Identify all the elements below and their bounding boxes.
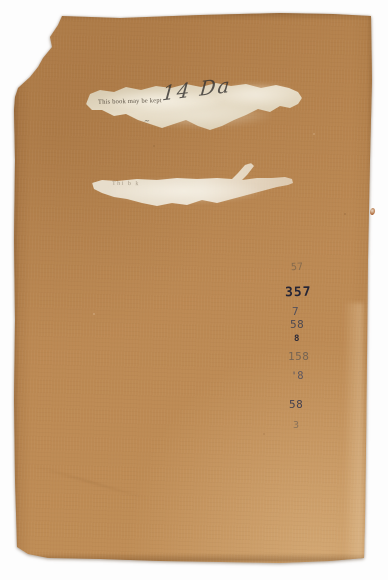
paper-flecks (13, 13, 15, 15)
date-stamp: 58 (289, 398, 303, 411)
date-stamp: 58 (290, 318, 304, 331)
book-page: This book may be kept 14 Da ~ Thi b k 57… (13, 13, 372, 564)
date-stamp-column: 57 357 7 58 8 158 '8 58 3 (13, 13, 372, 564)
date-stamp: 7 (292, 305, 299, 318)
date-stamp: 357 (285, 285, 312, 300)
scan-background: This book may be kept 14 Da ~ Thi b k 57… (0, 0, 388, 580)
date-stamp: 158 (288, 350, 309, 363)
date-stamp: 3 (293, 420, 299, 431)
page-shadow-wrap: This book may be kept 14 Da ~ Thi b k 57… (0, 0, 388, 580)
date-stamp: 8 (294, 334, 299, 344)
date-stamp: 57 (291, 262, 304, 274)
date-stamp: '8 (291, 370, 304, 382)
